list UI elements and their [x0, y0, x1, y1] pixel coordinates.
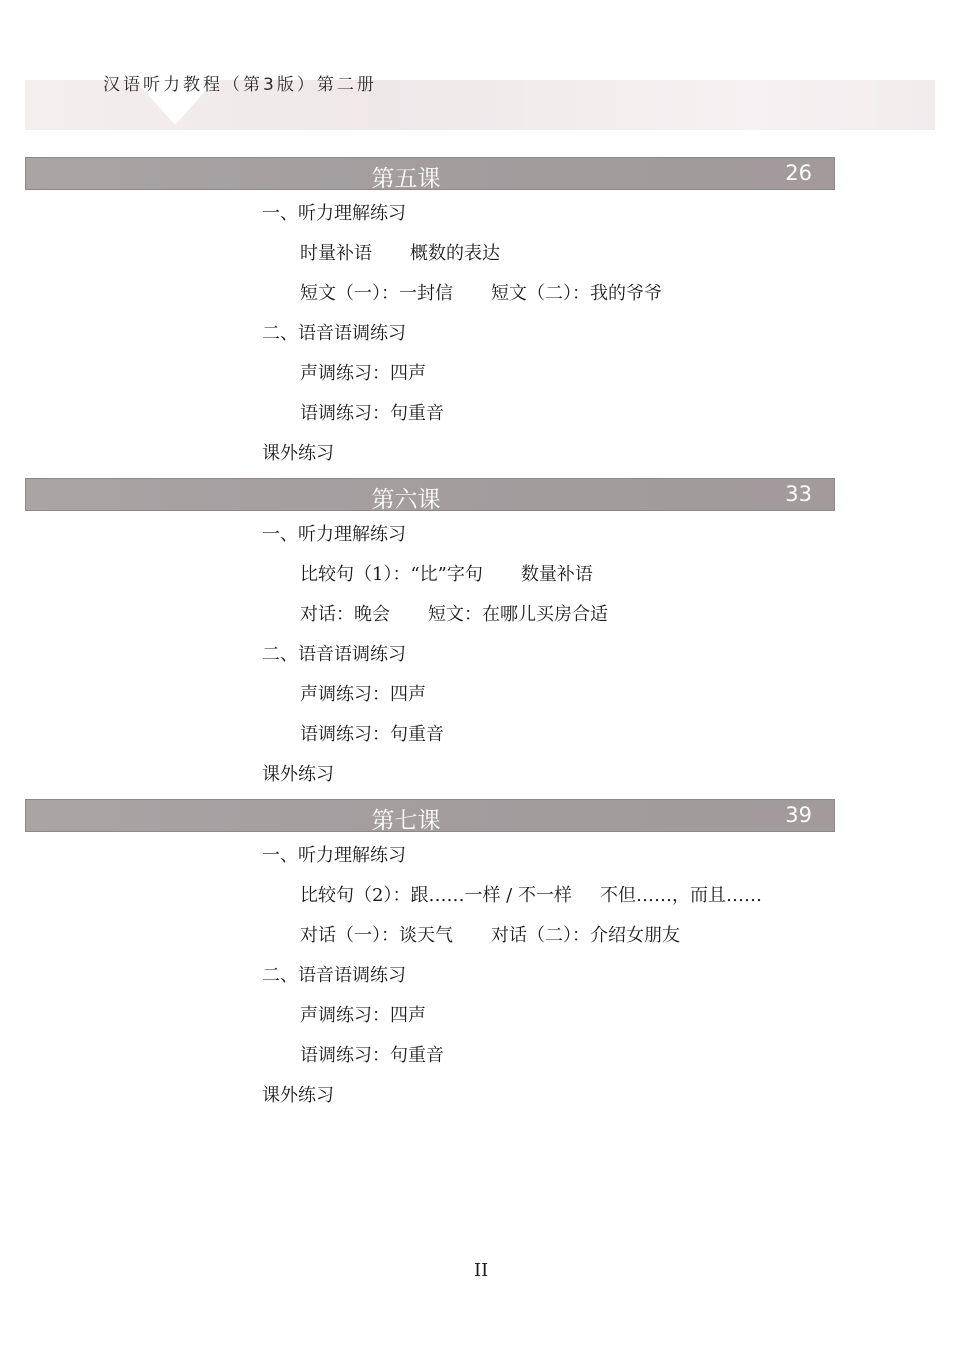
toc-item[interactable]: 声调练习：四声	[300, 359, 426, 385]
toc-item[interactable]: 语调练习：句重音	[300, 720, 444, 746]
toc-item[interactable]: 不但……，而且……	[600, 885, 762, 906]
toc-item[interactable]: 短文（二）：我的爷爷	[491, 283, 662, 304]
toc-item-row: 对话：晚会短文：在哪儿买房合适	[300, 600, 608, 626]
toc-item[interactable]: 声调练习：四声	[300, 680, 426, 706]
toc-item-row: 比较句（2）：跟……一样 / 不一样不但……，而且……	[300, 881, 762, 907]
toc-item-row: 时量补语概数的表达	[300, 239, 500, 265]
book-title: 汉语听力教程（第3版）第二册	[103, 70, 377, 95]
lesson-page-number: 39	[785, 803, 812, 827]
toc-section[interactable]: 二、语音语调练习	[262, 319, 406, 345]
toc-section[interactable]: 一、听力理解练习	[262, 520, 406, 546]
page-number: II	[474, 1260, 488, 1281]
toc-item[interactable]: 短文：在哪儿买房合适	[428, 604, 608, 625]
toc-section[interactable]: 课外练习	[262, 1081, 334, 1107]
toc-item[interactable]: 声调练习：四声	[300, 1001, 426, 1027]
toc-section[interactable]: 课外练习	[262, 439, 334, 465]
toc-item[interactable]: 数量补语	[521, 564, 593, 585]
lesson-page-number: 33	[785, 482, 812, 506]
toc-item[interactable]: 对话（二）：介绍女朋友	[491, 925, 680, 946]
toc-item[interactable]: 短文（一）：一封信	[300, 283, 453, 304]
toc-item[interactable]: 对话：晚会	[300, 604, 390, 625]
toc-item[interactable]: 时量补语	[300, 243, 372, 264]
lesson-header-5[interactable]: 第五课 26	[25, 157, 835, 190]
toc-item[interactable]: 语调练习：句重音	[300, 399, 444, 425]
toc-item[interactable]: 语调练习：句重音	[300, 1041, 444, 1067]
lesson-page-number: 26	[785, 161, 812, 185]
lesson-title: 第五课	[26, 160, 786, 193]
toc-section[interactable]: 二、语音语调练习	[262, 640, 406, 666]
toc-item[interactable]: 概数的表达	[410, 243, 500, 264]
toc-item[interactable]: 比较句（1）：“比”字句	[300, 564, 483, 585]
lesson-title: 第七课	[26, 802, 786, 835]
toc-section[interactable]: 一、听力理解练习	[262, 841, 406, 867]
toc-item-row: 短文（一）：一封信短文（二）：我的爷爷	[300, 279, 662, 305]
toc-item-row: 比较句（1）：“比”字句数量补语	[300, 560, 593, 586]
lesson-title: 第六课	[26, 481, 786, 514]
toc-item[interactable]: 比较句（2）：跟……一样 / 不一样	[300, 885, 572, 906]
lesson-header-7[interactable]: 第七课 39	[25, 799, 835, 832]
toc-section[interactable]: 二、语音语调练习	[262, 961, 406, 987]
toc-item[interactable]: 对话（一）：谈天气	[300, 925, 453, 946]
toc-section[interactable]: 课外练习	[262, 760, 334, 786]
toc-item-row: 对话（一）：谈天气对话（二）：介绍女朋友	[300, 921, 680, 947]
toc-section[interactable]: 一、听力理解练习	[262, 199, 406, 225]
lesson-header-6[interactable]: 第六课 33	[25, 478, 835, 511]
